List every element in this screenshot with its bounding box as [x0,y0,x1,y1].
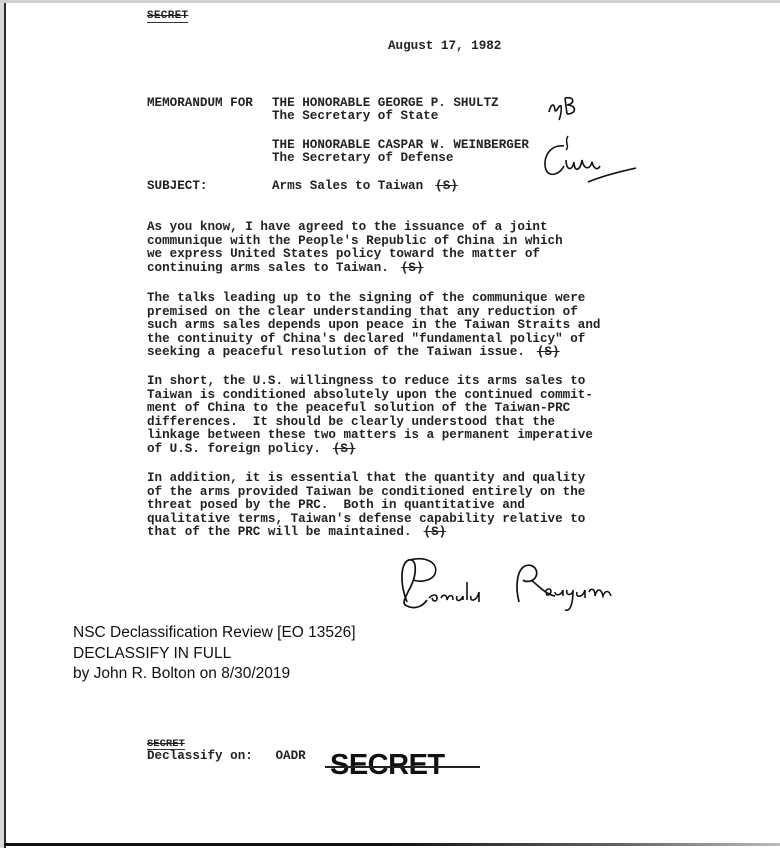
paragraph-4: In addition, it is essential that the qu… [147,472,585,540]
subject-line: Arms Sales to Taiwan(S) [272,180,458,194]
subject-label: SUBJECT: [147,180,207,194]
classification-marking: (S) [333,442,356,456]
classification-marking: (S) [435,179,458,193]
paragraph-2: The talks leading up to the signing of t… [147,292,600,360]
classification-top: SECRET [147,11,188,23]
recipient-1-title: The Secretary of State [272,110,438,124]
declassification-stamp: NSC Declassification Review [EO 13526] D… [73,623,356,685]
reagan-signature [395,552,655,617]
declassify-on-line: Declassify on: OADR [147,750,306,764]
declass-review-line: NSC Declassification Review [EO 13526] [73,624,356,641]
bottom-border-line [4,843,780,846]
classification-bottom-large: SECRET [330,750,445,780]
document-page: SECRET August 17, 1982 MEMORANDUM FOR TH… [0,0,780,848]
classification-marking: (S) [537,345,560,359]
paragraph-1: As you know, I have agreed to the issuan… [147,221,563,275]
declassify-on-label: Declassify on: [147,749,253,763]
classification-marking: (S) [424,525,447,539]
paragraph-3: In short, the U.S. willingness to reduce… [147,375,593,456]
memo-for-label: MEMORANDUM FOR [147,97,253,111]
declassify-on-value: OADR [276,749,306,763]
declass-authority-line: by John R. Bolton on 8/30/2019 [73,665,290,682]
strikethrough-line [325,766,480,768]
memo-date: August 17, 1982 [388,40,501,54]
weinberger-initials [540,130,640,185]
left-border-line [4,0,6,848]
top-border-line [0,0,780,3]
subject-text: Arms Sales to Taiwan [272,179,423,193]
classification-marking: (S) [401,261,424,275]
shultz-initials [545,92,585,122]
recipient-2-title: The Secretary of Defense [272,152,453,166]
declass-status-line: DECLASSIFY IN FULL [73,645,231,662]
